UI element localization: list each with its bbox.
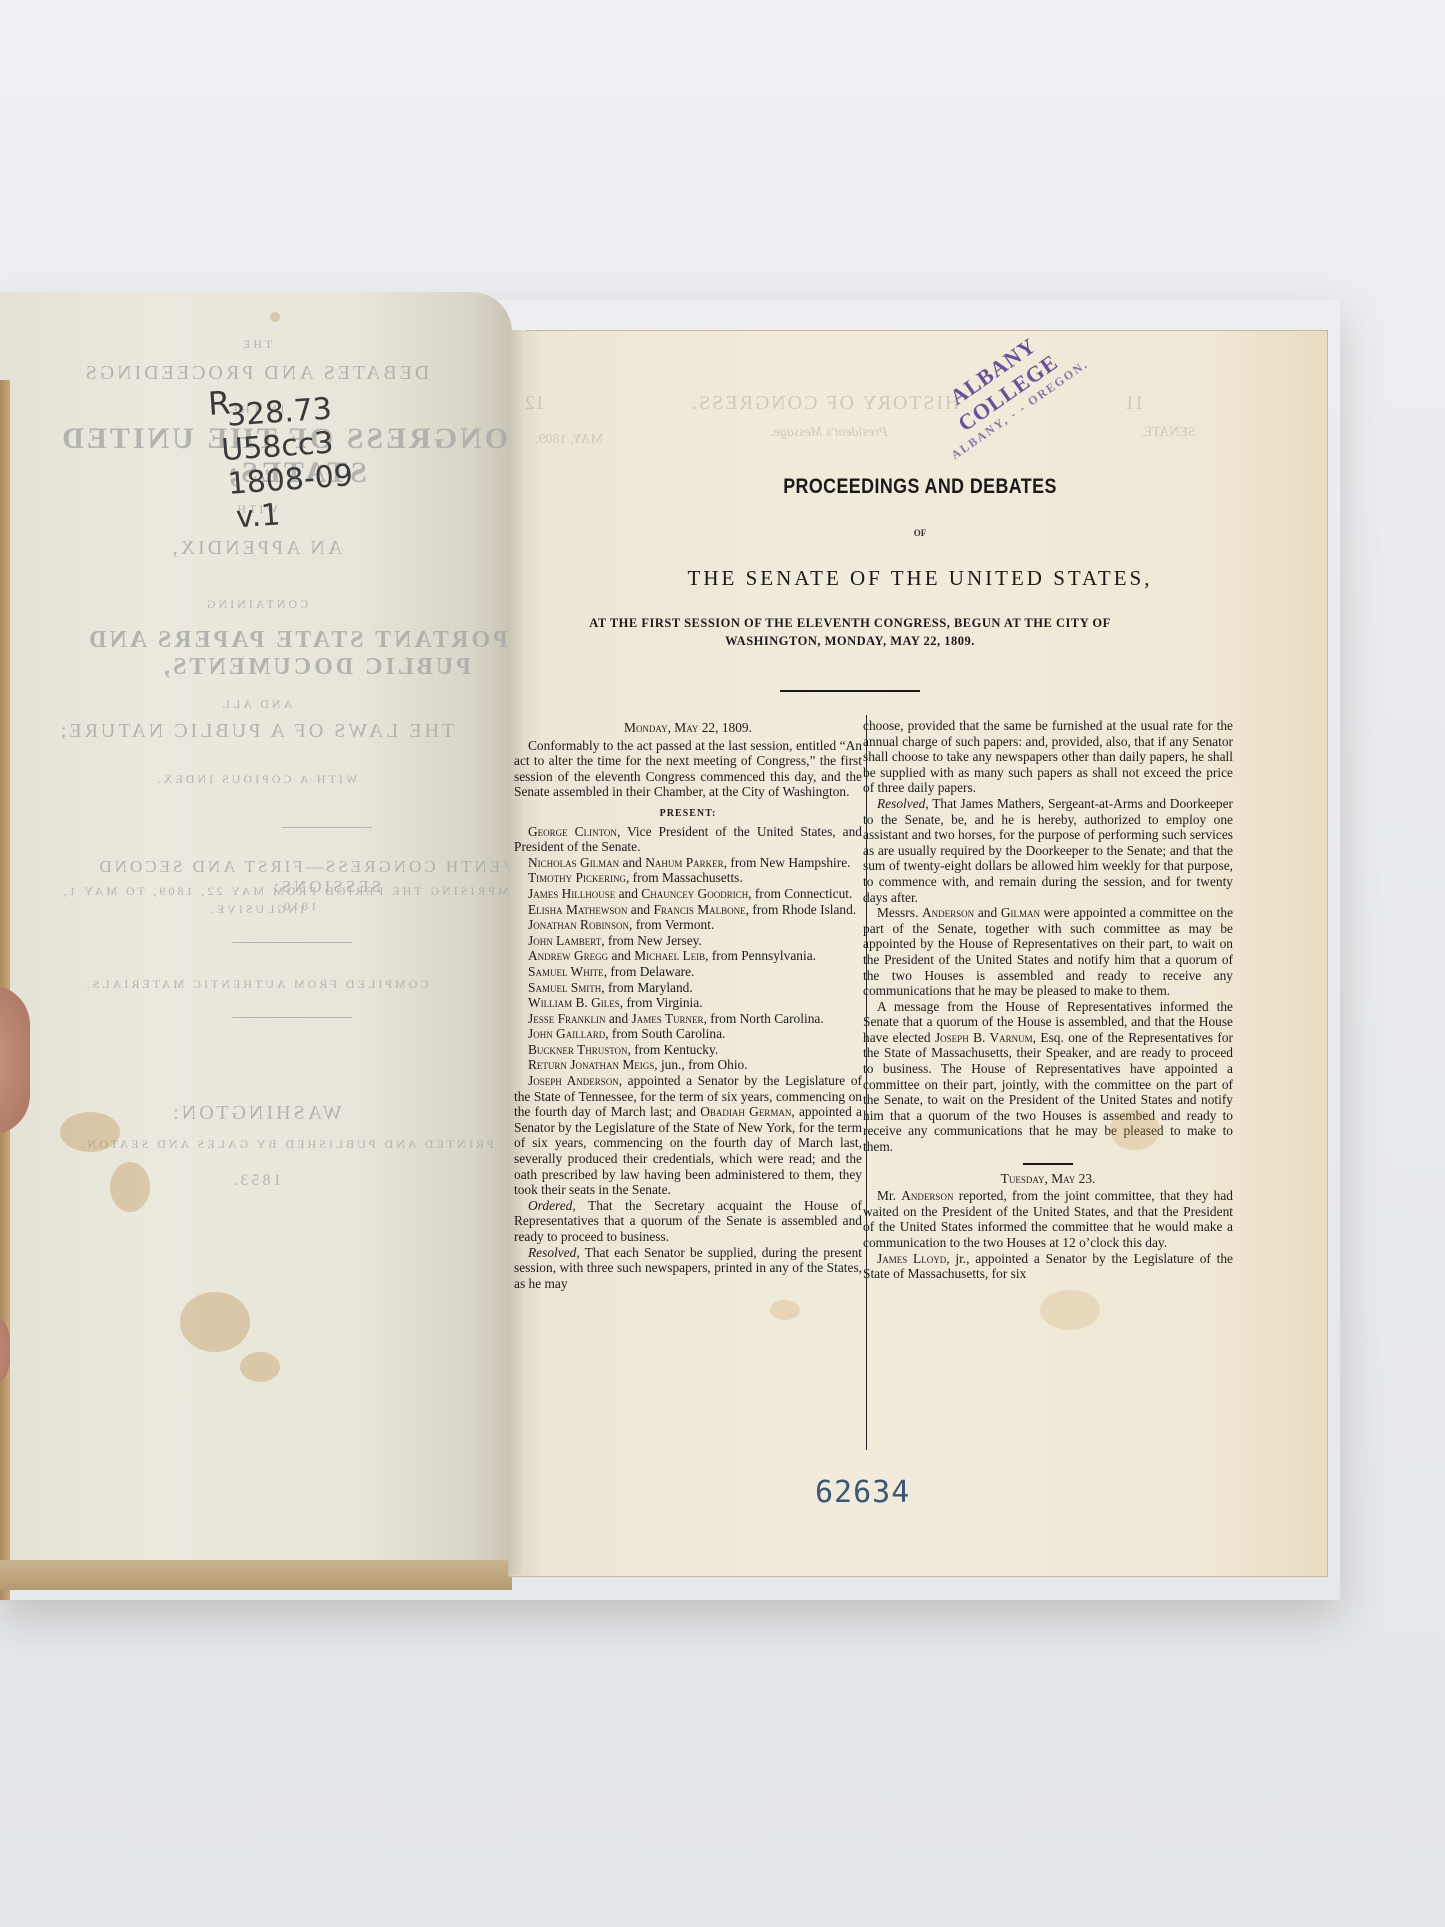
session-line-2: WASHINGTON, MONDAY, MAY 22, 1809. (530, 632, 1170, 650)
foxing-stain (110, 1162, 150, 1212)
credentials-paragraph: Joseph Anderson, appointed a Senator by … (514, 1073, 862, 1198)
handwritten-call-number: R 328.73 U58cc3 1808-09 v.1 (207, 377, 357, 536)
foxing-stain (60, 1112, 120, 1152)
committee-paragraph: Messrs. Anderson and Gilman were appoint… (863, 905, 1233, 999)
bleed-line: THE LAWS OF A PUBLIC NATURE; (0, 720, 512, 743)
session-subtitle: AT THE FIRST SESSION OF THE ELEVENTH CON… (530, 614, 1170, 650)
bleed-line: THE (0, 337, 512, 352)
title-body: THE SENATE OF THE UNITED STATES, (520, 566, 1320, 591)
bleed-line: INCLUSIVE. (0, 902, 512, 917)
lloyd-paragraph: James Lloyd, jr., appointed a Senator by… (863, 1251, 1233, 1282)
left-text-column: Monday, May 22, 1809. Conformably to the… (514, 718, 862, 1291)
bleed-line: AN APPENDIX, (0, 537, 512, 560)
senator-entry: John Lambert, from New Jersey. (514, 933, 862, 949)
senator-entry: James Hillhouse and Chauncey Goodrich, f… (514, 886, 862, 902)
intro-paragraph: Conformably to the act passed at the las… (514, 738, 862, 800)
foxing-stain (240, 1352, 280, 1382)
section-rule (1023, 1163, 1073, 1165)
accession-number: 62634 (815, 1475, 910, 1510)
ghost-page-number: 11 (1125, 392, 1144, 415)
senator-entry: Return Jonathan Meigs, jun., from Ohio. (514, 1057, 862, 1073)
foxing-stain (770, 1300, 800, 1320)
title-rule (780, 690, 920, 692)
ghost-label: SENATE. (1140, 425, 1196, 441)
bleed-rule (232, 942, 352, 943)
senator-entry: Buckner Thruston, from Kentucky. (514, 1042, 862, 1058)
right-text-column: choose, provided that the same be furnis… (863, 718, 1233, 1282)
senator-entry: William B. Giles, from Virginia. (514, 995, 862, 1011)
bleed-line: IMPORTANT STATE PAPERS AND PUBLIC DOCUME… (60, 627, 512, 681)
foxing-stain (180, 1292, 250, 1352)
foxing-stain (1040, 1290, 1100, 1330)
senator-entry: Jesse Franklin and James Turner, from No… (514, 1011, 862, 1027)
senator-entry: Samuel Smith, from Maryland. (514, 980, 862, 996)
bleed-line: WITH A COPIOUS INDEX. (0, 772, 512, 787)
continued-paragraph: choose, provided that the same be furnis… (863, 718, 1233, 796)
bleed-line: 1853. (0, 1172, 512, 1190)
bleed-line: DEBATES AND PROCEEDINGS (0, 362, 512, 385)
senator-entry: Elisha Mathewson and Francis Malbone, fr… (514, 902, 862, 918)
date-heading: Tuesday, May 23. (863, 1171, 1233, 1187)
thumb (0, 985, 30, 1135)
senator-entry: Samuel White, from Delaware. (514, 964, 862, 980)
ordered-paragraph: Ordered, That the Secretary acquaint the… (514, 1198, 862, 1245)
ghost-label: MAY, 1809. (535, 432, 603, 448)
session-line-1: AT THE FIRST SESSION OF THE ELEVENTH CON… (530, 614, 1170, 632)
senator-entry: Jonathan Robinson, from Vermont. (514, 917, 862, 933)
senator-entry: Andrew Gregg and Michael Leib, from Penn… (514, 948, 862, 964)
ghost-page-number: 12 (525, 392, 545, 415)
senator-entry: George Clinton, Vice President of the Un… (514, 824, 862, 855)
bleed-line: CONTAINING (0, 597, 512, 612)
bleed-line: COMPILED FROM AUTHENTIC MATERIALS. (0, 977, 512, 992)
foxing-stain (270, 312, 280, 322)
ghost-subhead: President's Message. (770, 425, 888, 441)
bleed-line: AND ALL (0, 697, 512, 712)
present-label: PRESENT: (514, 806, 862, 822)
report-paragraph: Mr. Anderson reported, from the joint co… (863, 1188, 1233, 1250)
resolved-paragraph: Resolved, That James Mathers, Sergeant-a… (863, 796, 1233, 905)
bleed-rule (282, 827, 372, 828)
senator-entry: Timothy Pickering, from Massachusetts. (514, 870, 862, 886)
senator-entry: John Gaillard, from South Carolina. (514, 1026, 862, 1042)
title-of: OF (520, 528, 1320, 538)
left-page-bottom-edge (0, 1560, 512, 1590)
house-message-paragraph: A message from the House of Representati… (863, 999, 1233, 1155)
page-title: PROCEEDINGS AND DEBATES (580, 475, 1260, 499)
date-heading: Monday, May 22, 1809. (514, 720, 862, 736)
resolved-paragraph: Resolved, That each Senator be supplied,… (514, 1245, 862, 1292)
senator-entry: Nicholas Gilman and Nahum Parker, from N… (514, 855, 862, 871)
bleed-rule (232, 1017, 352, 1018)
foxing-stain (1110, 1110, 1160, 1150)
